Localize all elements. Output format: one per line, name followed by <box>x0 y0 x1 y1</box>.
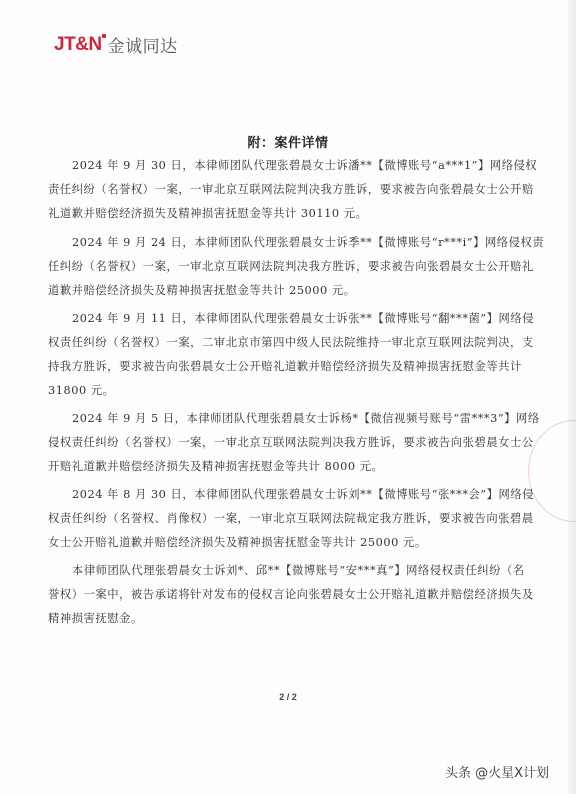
paragraph-4-line-1: 2024 年 9 月 5 日，本律师团队代理张碧晨女士诉杨*【微信视频号账号“雷… <box>72 410 540 426</box>
logo-mark-text: JT&N <box>54 34 102 55</box>
paragraph-2-line-1: 2024 年 9 月 24 日，本律师团队代理张碧晨女士诉季**【微博账号“r*… <box>72 234 544 250</box>
paragraph-1-line-3: 礼道歉并赔偿经济损失及精神损害抚慰金等共计 30110 元。 <box>48 205 367 221</box>
paragraph-1-line-1: 2024 年 9 月 30 日，本律师团队代理张碧晨女士诉潘**【微博账号“a*… <box>72 157 537 173</box>
paragraph-6-line-3: 精神损害抚慰金。 <box>48 610 143 626</box>
company-logo: JT&N 金诚同达 <box>54 32 178 57</box>
page-number: 2 / 2 <box>0 692 576 702</box>
official-seal-stamp <box>528 420 576 522</box>
paragraph-2-line-3: 道歉并赔偿经济损失及精神损害抚慰金等共计 25000 元。 <box>48 282 356 298</box>
paragraph-6-line-1: 本律师团队代理张碧晨女士诉刘*、邱**【微博账号“安***真”】网络侵权责任纠纷… <box>72 562 525 578</box>
paragraph-3-line-2: 权责任纠纷（名誉权）一案，二审北京市第四中级人民法院维持一审北京互联网法院判决，… <box>48 334 534 350</box>
paragraph-6-line-2: 誉权）一案中，被告承诺将针对发布的侵权言论向张碧晨女士公开赔礼道歉并赔偿经济损失… <box>48 586 534 602</box>
paragraph-2-line-2: 任纠纷（名誉权）一案，一审北京互联网法院判决我方胜诉，要求被告向张碧晨女士公开赔… <box>48 258 534 274</box>
document-title: 附：案件详情 <box>0 132 576 151</box>
source-watermark: 头条 @火星X计划 <box>445 762 549 781</box>
page-edge <box>568 0 576 794</box>
logo-dot-icon <box>102 34 106 38</box>
paragraph-3-line-4: 31800 元。 <box>48 382 115 398</box>
paragraph-1-line-2: 责任纠纷（名誉权）一案，一审北京互联网法院判决我方胜诉，要求被告向张碧晨女士公开… <box>48 181 534 197</box>
paragraph-5-line-2: 权责任纠纷（名誉权、肖像权）一案，一审北京互联网法院裁定我方胜诉，要求被告向张碧… <box>48 510 534 526</box>
logo-mark: JT&N <box>54 34 102 56</box>
paragraph-5-line-1: 2024 年 8 月 30 日，本律师团队代理张碧晨女士诉刘**【微博账号“张*… <box>72 486 534 502</box>
paragraph-4-line-3: 开赔礼道歉并赔偿经济损失及精神损害抚慰金等共计 8000 元。 <box>48 458 383 474</box>
paragraph-3-line-1: 2024 年 9 月 11 日，本律师团队代理张碧晨女士诉张**【微博账号“翻*… <box>72 310 534 326</box>
paragraph-4-line-2: 侵权责任纠纷（名誉权）一案，一审北京互联网法院判决我方胜诉，要求被告向张碧晨女士… <box>48 434 534 450</box>
paragraph-5-line-3: 女士公开赔礼道歉并赔偿经济损失及精神损害抚慰金等共计 25000 元。 <box>48 534 427 550</box>
logo-name: 金诚同达 <box>108 32 178 57</box>
paragraph-3-line-3: 持我方胜诉，要求被告向张碧晨女士公开赔礼道歉并赔偿经济损失及精神损害抚慰金等共计 <box>48 358 522 374</box>
